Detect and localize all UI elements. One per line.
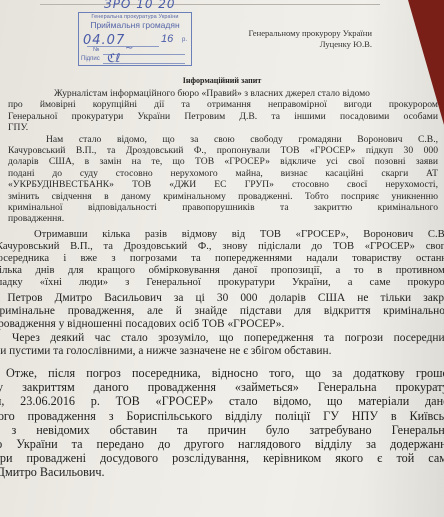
- line: випадку «їхні люди» з Генеральної прокур…: [0, 277, 444, 289]
- line: були пустими та голослівними, а нижче за…: [0, 345, 444, 358]
- body-section-1: Журналістам інформаційного бюро «Правий»…: [8, 88, 438, 225]
- line: кримінального провадження з Бориспільськ…: [0, 409, 444, 423]
- line: Журналістам інформаційного бюро «Правий»…: [8, 88, 438, 99]
- line: доларів США, в замін на те, що ТОВ «ГРОС…: [8, 156, 438, 167]
- body-section-4: Отже, після погроз посередника, відносно…: [0, 366, 444, 480]
- line: Качуровський В.П., та Дроздовський Ф., з…: [0, 241, 444, 253]
- line: кримінальне провадження, але й знайде пі…: [0, 305, 444, 318]
- line: прокуратурою України та передано до друг…: [0, 437, 444, 451]
- line: провадження у відношенні посадових осіб …: [0, 318, 444, 331]
- line: ГПУ.: [8, 122, 438, 133]
- line: подані до суду стосовно нерухомого майна…: [8, 168, 438, 179]
- line: Отримавши кілька разів відмову від ТОВ «…: [0, 229, 444, 241]
- line: прокуратури Петров Дмитро Васильович за …: [0, 292, 444, 305]
- line: законів при проваджені досудового розслі…: [0, 451, 444, 465]
- document-page: ЗРО 10 20 Генеральна прокуратура України…: [0, 0, 444, 517]
- body-section-2: Отримавши кілька разів відмову від ТОВ «…: [0, 229, 444, 289]
- line: винагороду закриттям даного провадження …: [0, 380, 444, 394]
- line: Отже, після погроз посередника, відносно…: [0, 366, 444, 380]
- line: «УКРБУДІНВЕСТБАНК» ТОВ «ДЖИ ЕС ГРУП» сто…: [8, 179, 438, 190]
- line: кілька днів для кращого обмірковування д…: [0, 265, 444, 277]
- stamp-year-suffix: р.: [182, 37, 187, 43]
- signature-scribble: ℭℓ: [107, 51, 120, 65]
- body-section-3: прокуратури Петров Дмитро Васильович за …: [0, 310, 444, 358]
- line: Нам стало відомо, що за свою свободу гро…: [8, 134, 438, 145]
- addressee-name: Луценку Ю.В.: [248, 39, 372, 50]
- line: України, 23.06.2016 р. ТОВ «ГРОСЕР» стал…: [0, 394, 444, 408]
- addressee: Генеральному прокурору України Луценку Ю…: [248, 28, 372, 50]
- line: провадження.: [8, 213, 438, 224]
- line: області з невідомих обставин та причин б…: [0, 423, 444, 437]
- top-rule: [40, 4, 380, 5]
- reception-stamp: Генеральна прокуратура України Приймальн…: [78, 12, 192, 66]
- line: Генеральної прокуратури України Петровим…: [8, 111, 438, 122]
- handwritten-registration-number: ЗРО 10 20: [104, 0, 176, 11]
- line: про ймовірні корупційні дії та отримання…: [8, 99, 438, 110]
- stamp-department: Приймальня громадян: [79, 20, 191, 30]
- line: посередника і вже з погрозами та поперед…: [0, 253, 444, 265]
- stamp-year: 16: [161, 33, 173, 45]
- line: Через деякий час стало зрозуміло, що поп…: [0, 332, 444, 345]
- line: змінить свідчення в даному кримінальному…: [8, 191, 438, 202]
- line: Качуровський В.П., та Дроздовський Ф., п…: [8, 145, 438, 156]
- stamp-signature-label: Підпис: [81, 56, 100, 62]
- stamp-number-scribble: ~: [125, 43, 133, 54]
- line: кримінальної відповідальності правопоруш…: [8, 202, 438, 213]
- stamp-number-label: №: [93, 47, 99, 53]
- line: Петров Дмитро Васильович.: [0, 465, 444, 479]
- addressee-title: Генеральному прокурору України: [248, 28, 372, 39]
- document-title: Інформаційний запит: [0, 76, 444, 85]
